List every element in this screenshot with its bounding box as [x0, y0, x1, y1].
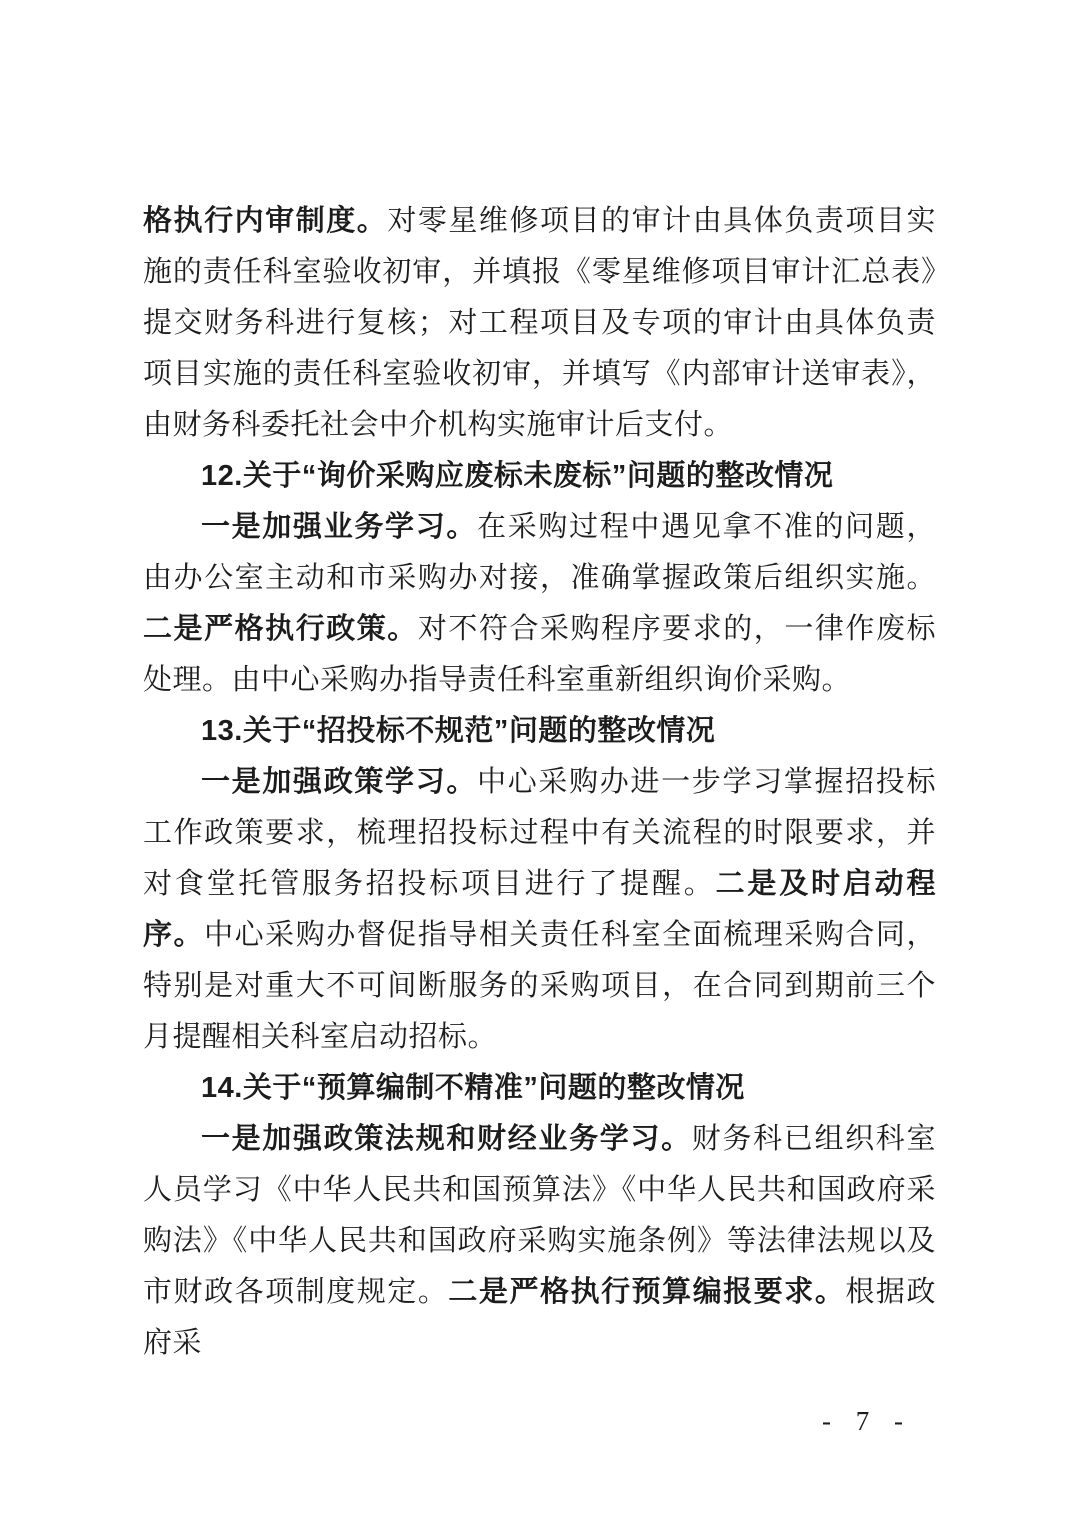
document-body: 格执行内审制度。对零星维修项目的审计由具体负责项目实施的责任科室验收初审，并填报… — [143, 196, 936, 1369]
heading-text: 13.关于“招投标不规范”问题的整改情况 — [201, 715, 715, 747]
page-number-label: - 7 - — [822, 1406, 912, 1436]
para-continued-internal-audit: 格执行内审制度。对零星维修项目的审计由具体负责项目实施的责任科室验收初审，并填报… — [143, 196, 936, 451]
heading-text: 14.关于“预算编制不精准”问题的整改情况 — [201, 1072, 745, 1104]
para-item-14: 一是加强政策法规和财经业务学习。财务科已组织科室人员学习《中华人民共和国预算法》… — [143, 1114, 936, 1369]
body-text: 对零星维修项目的审计由具体负责项目实施的责任科室验收初审，并填报《零星维修项目审… — [143, 205, 936, 441]
para-item-13: 一是加强政策学习。中心采购办进一步学习掌握招投标工作政策要求，梳理招投标过程中有… — [143, 757, 936, 1063]
bold-lead-second-measure: 二是严格执行预算编报要求。 — [448, 1276, 845, 1308]
bold-lead-first-measure: 一是加强政策法规和财经业务学习。 — [201, 1123, 692, 1155]
body-text: 中心采购办督促指导相关责任科室全面梳理采购合同，特别是对重大不可间断服务的采购项… — [143, 919, 936, 1053]
para-item-12: 一是加强业务学习。在采购过程中遇见拿不准的问题，由办公室主动和市采购办对接，准确… — [143, 502, 936, 706]
heading-item-12: 12.关于“询价采购应废标未废标”问题的整改情况 — [143, 451, 936, 502]
heading-item-13: 13.关于“招投标不规范”问题的整改情况 — [143, 706, 936, 757]
bold-lead-second-measure: 二是严格执行政策。 — [143, 613, 418, 645]
bold-lead-first-measure: 一是加强业务学习。 — [201, 511, 477, 543]
bold-lead-first-measure: 一是加强政策学习。 — [201, 766, 477, 798]
heading-item-14: 14.关于“预算编制不精准”问题的整改情况 — [143, 1063, 936, 1114]
bold-lead-internal-audit: 格执行内审制度。 — [143, 205, 387, 237]
document-page: 格执行内审制度。对零星维修项目的审计由具体负责项目实施的责任科室验收初审，并填报… — [0, 0, 1074, 1520]
heading-text: 12.关于“询价采购应废标未废标”问题的整改情况 — [201, 460, 833, 492]
page-number: - 7 - — [822, 1405, 912, 1437]
